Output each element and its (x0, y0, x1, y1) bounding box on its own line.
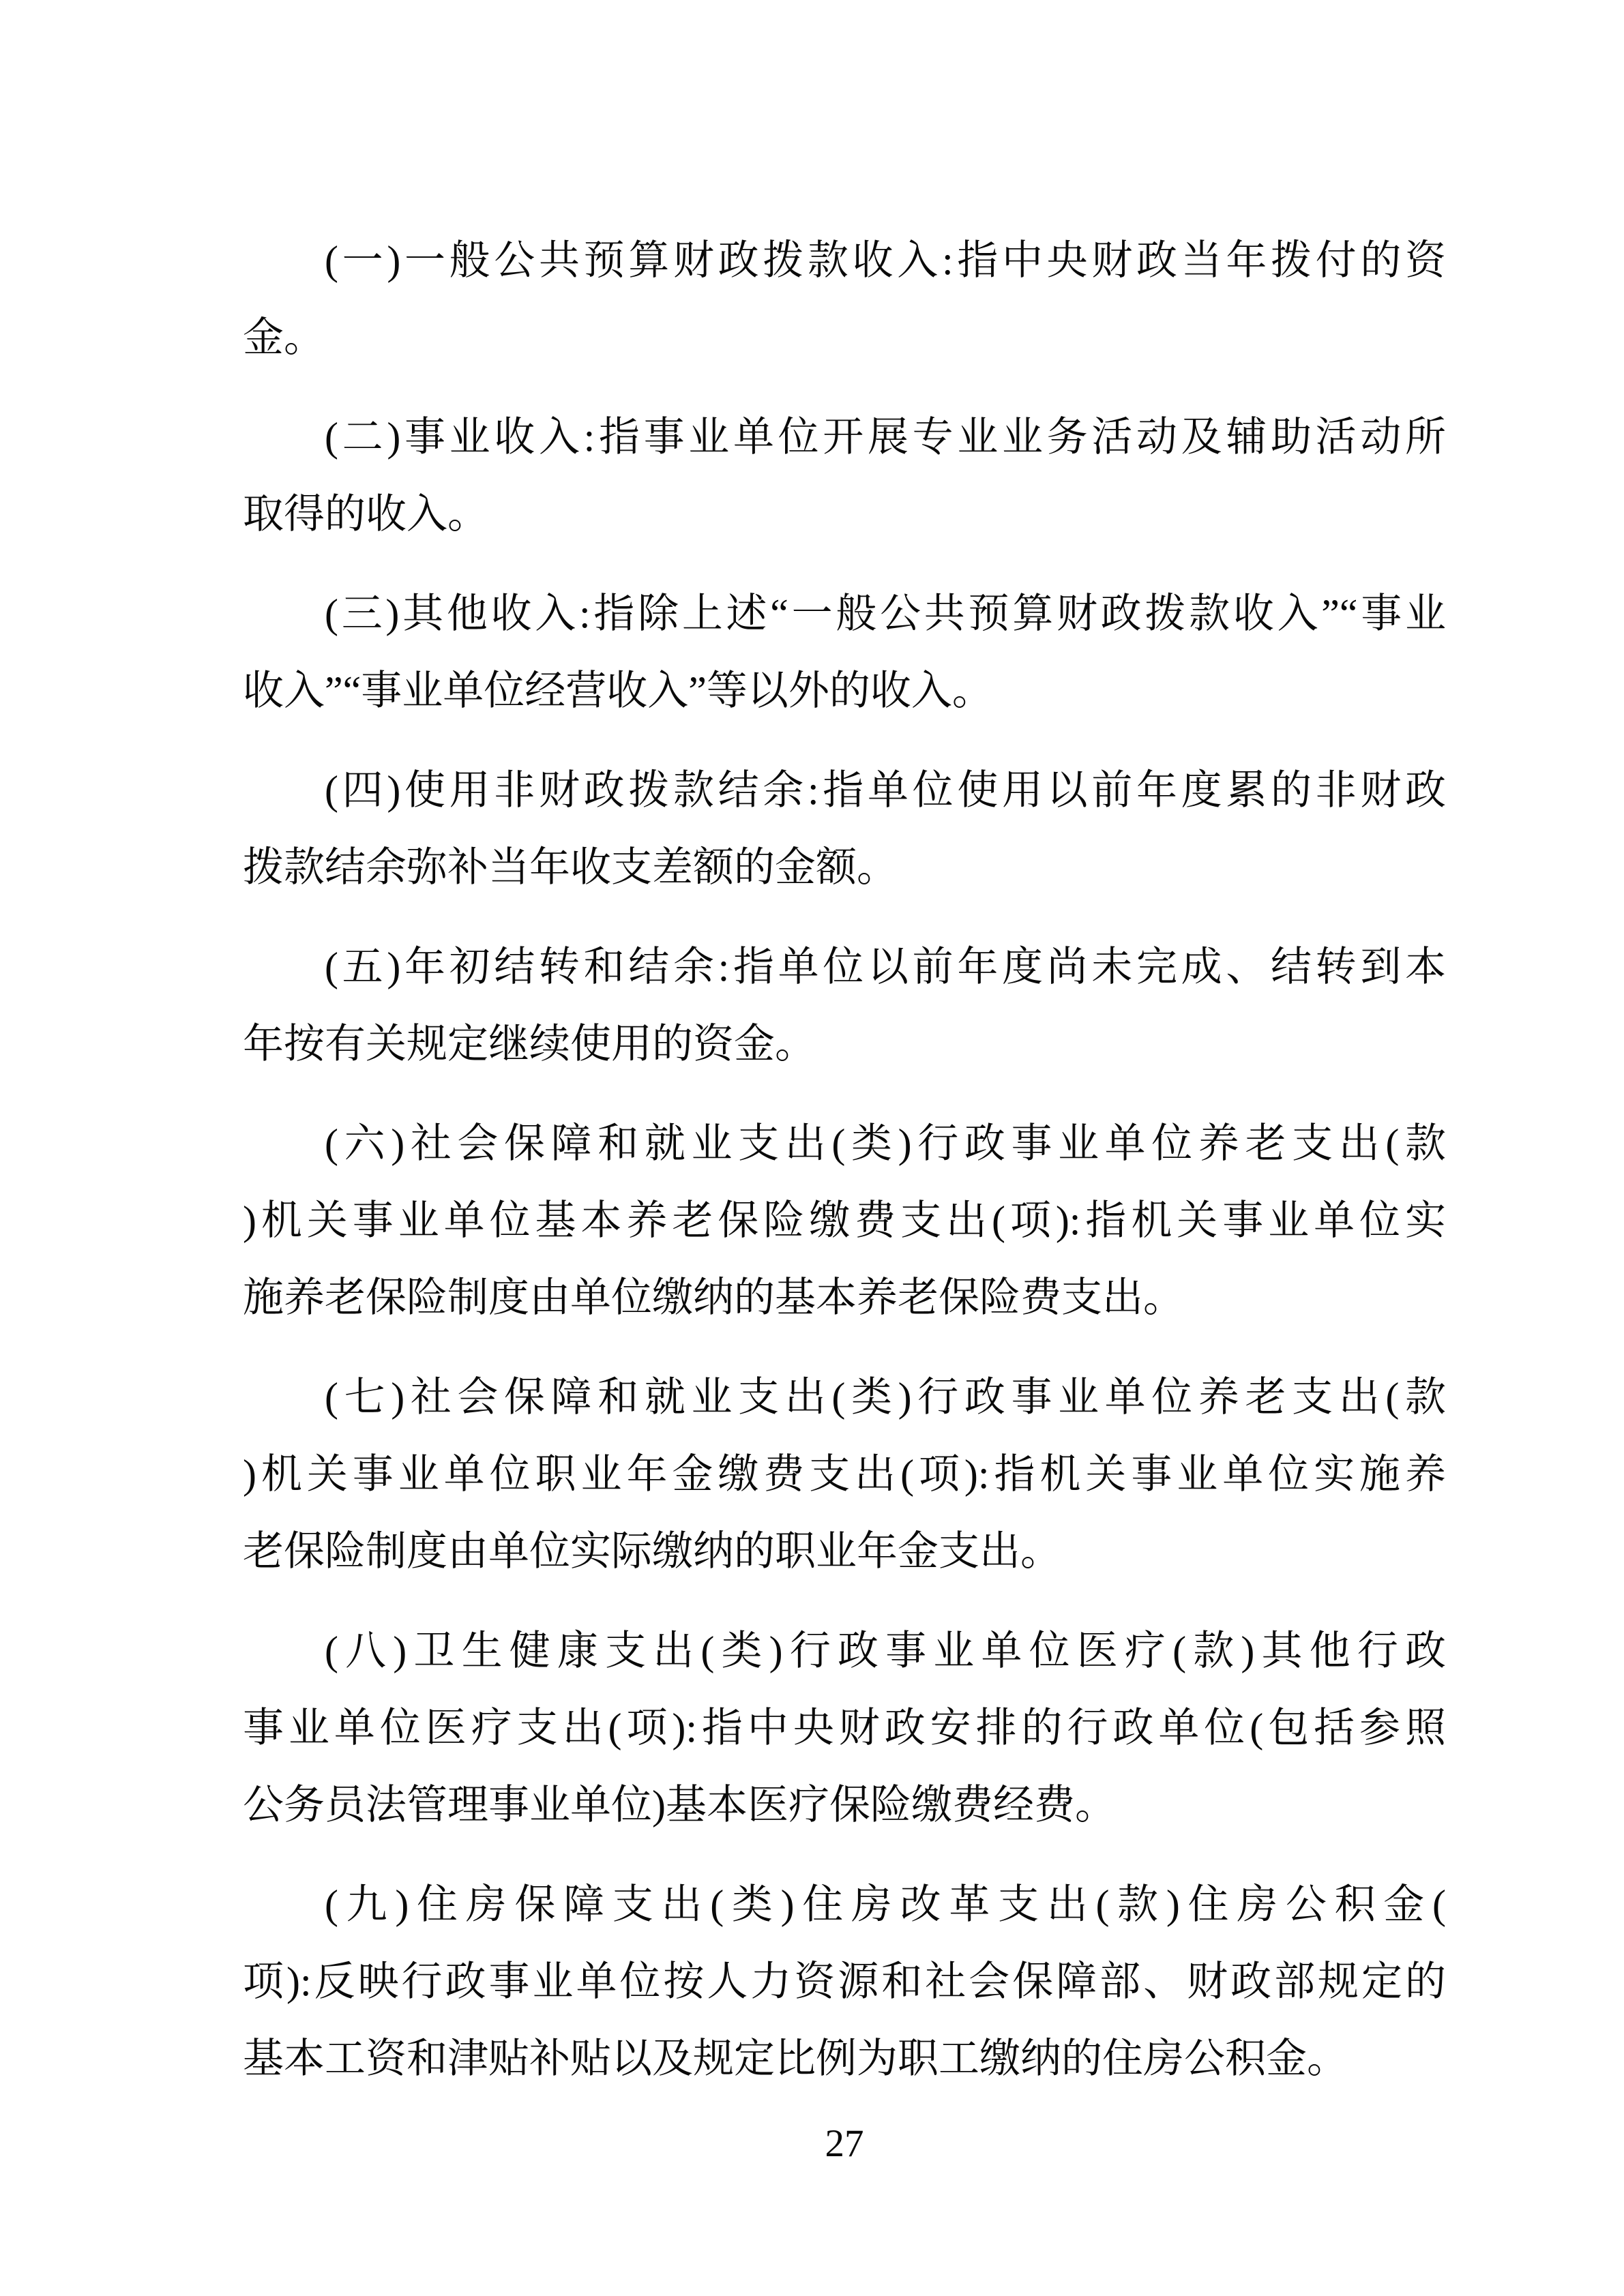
text-line: (一)一般公共预算财政拨款收入:指中央财政当年拨付的资 (243, 222, 1446, 299)
paragraph-1: (一)一般公共预算财政拨款收入:指中央财政当年拨付的资金。 (243, 222, 1446, 376)
paragraph-4: (四)使用非财政拨款结余:指单位使用以前年度累的非财政拨款结余弥补当年收支差额的… (243, 752, 1446, 906)
text-line: 年按有关规定继续使用的资金。 (243, 1006, 1446, 1083)
text-line: 收入”“事业单位经营收入”等以外的收入。 (243, 653, 1446, 730)
text-line: 公务员法管理事业单位)基本医疗保险缴费经费。 (243, 1767, 1446, 1844)
text-line: 取得的收入。 (243, 476, 1446, 553)
text-line: 金。 (243, 299, 1446, 376)
text-line: 施养老保险制度由单位缴纳的基本养老保险费支出。 (243, 1259, 1446, 1337)
paragraph-7: (七)社会保障和就业支出(类)行政事业单位养老支出(款)机关事业单位职业年金缴费… (243, 1359, 1446, 1590)
text-line: 老保险制度由单位实际缴纳的职业年金支出。 (243, 1513, 1446, 1590)
text-line: )机关事业单位基本养老保险缴费支出(项):指机关事业单位实 (243, 1182, 1446, 1259)
text-line: (八)卫生健康支出(类)行政事业单位医疗(款)其他行政 (243, 1613, 1446, 1690)
page-footer: 27 (0, 2120, 1624, 2168)
paragraph-8: (八)卫生健康支出(类)行政事业单位医疗(款)其他行政事业单位医疗支出(项):指… (243, 1613, 1446, 1844)
text-line: (五)年初结转和结余:指单位以前年度尚未完成、结转到本 (243, 929, 1446, 1006)
text-line: (三)其他收入:指除上述“一般公共预算财政拨款收入”“事业 (243, 576, 1446, 653)
text-line: (四)使用非财政拨款结余:指单位使用以前年度累的非财政 (243, 752, 1446, 829)
paragraph-2: (二)事业收入:指事业单位开展专业业务活动及辅助活动所取得的收入。 (243, 399, 1446, 553)
text-line: (七)社会保障和就业支出(类)行政事业单位养老支出(款 (243, 1359, 1446, 1436)
text-line: (六)社会保障和就业支出(类)行政事业单位养老支出(款 (243, 1105, 1446, 1182)
text-line: (九)住房保障支出(类)住房改革支出(款)住房公积金( (243, 1866, 1446, 1943)
text-line: (二)事业收入:指事业单位开展专业业务活动及辅助活动所 (243, 399, 1446, 476)
text-line: 拨款结余弥补当年收支差额的金额。 (243, 829, 1446, 906)
paragraph-5: (五)年初结转和结余:指单位以前年度尚未完成、结转到本年按有关规定继续使用的资金… (243, 929, 1446, 1083)
paragraph-9: (九)住房保障支出(类)住房改革支出(款)住房公积金(项):反映行政事业单位按人… (243, 1866, 1446, 2098)
paragraph-3: (三)其他收入:指除上述“一般公共预算财政拨款收入”“事业收入”“事业单位经营收… (243, 576, 1446, 730)
paragraph-6: (六)社会保障和就业支出(类)行政事业单位养老支出(款)机关事业单位基本养老保险… (243, 1105, 1446, 1337)
text-line: 基本工资和津贴补贴以及规定比例为职工缴纳的住房公积金。 (243, 2021, 1446, 2098)
text-line: 事业单位医疗支出(项):指中央财政安排的行政单位(包括参照 (243, 1690, 1446, 1767)
document-body: (一)一般公共预算财政拨款收入:指中央财政当年拨付的资金。(二)事业收入:指事业… (0, 0, 1624, 2098)
text-line: )机关事业单位职业年金缴费支出(项):指机关事业单位实施养 (243, 1436, 1446, 1513)
document-page: (一)一般公共预算财政拨款收入:指中央财政当年拨付的资金。(二)事业收入:指事业… (0, 0, 1624, 2296)
page-number: 27 (825, 2122, 864, 2165)
text-line: 项):反映行政事业单位按人力资源和社会保障部、财政部规定的 (243, 1943, 1446, 2021)
